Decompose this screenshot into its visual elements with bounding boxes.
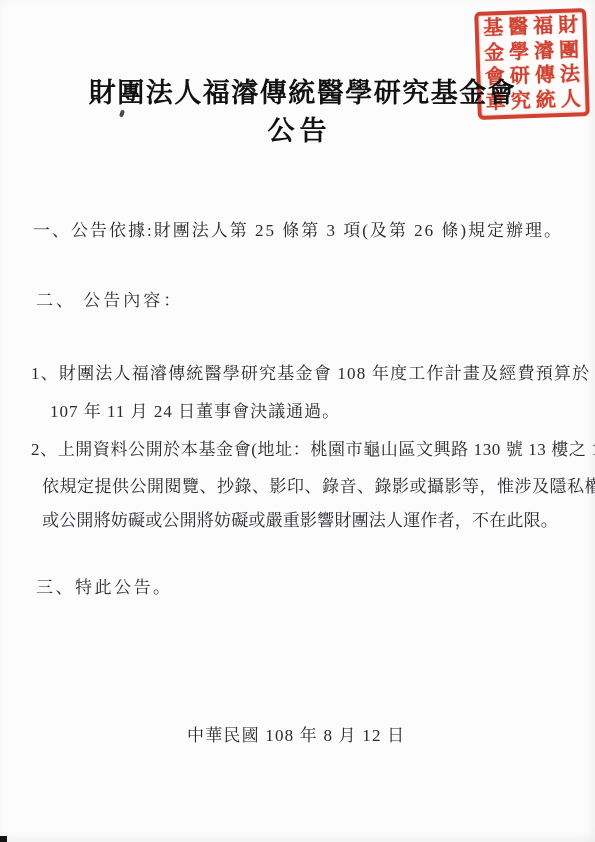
doc-line-content-heading: 二、 公告內容：: [36, 291, 183, 311]
seal-char: 醫: [508, 17, 529, 38]
doc-line-item2-part2: 依規定提供公開閱覽、抄錄、影印、錄音、錄影或攝影等，惟涉及隱私權: [42, 477, 595, 497]
announcement-title: 公告: [0, 109, 595, 148]
doc-line-closing: 三、特此公告。: [36, 578, 173, 598]
seal-char: 基: [483, 18, 504, 39]
seal-char: 金: [484, 43, 505, 64]
seal-char: 福: [533, 16, 554, 37]
seal-char: 濬: [534, 41, 555, 62]
seal-char: 財: [558, 15, 579, 36]
doc-line-item2-part1: 2、上開資料公開於本基金會(地址：桃園市龜山區文興路 130 號 13 樓之 1…: [31, 440, 595, 460]
document-date: 中華民國 108 年 8 月 12 日: [187, 726, 405, 746]
doc-line-item1-part1: 1、財團法人福濬傳統醫學研究基金會 108 年度工作計畫及經費預算於: [31, 364, 590, 384]
foundation-name-title: 財團法人福濬傳統醫學研究基金會: [0, 71, 595, 110]
doc-line-item1-part2: 107 年 11 月 24 日董事會決議通過。: [50, 402, 340, 422]
doc-line-basis: 一、公告依據:財團法人第 25 條第 3 項(及第 26 條)規定辦理。: [33, 221, 563, 241]
seal-char: 團: [559, 40, 580, 61]
doc-line-item2-part3: 或公開將妨礙或公開將妨礙或嚴重影響財團法人運作者，不在此限。: [42, 511, 558, 531]
seal-char: 學: [509, 42, 530, 63]
scan-artifact-corner: [0, 836, 7, 842]
scanned-announcement-page: 財 團 法 人 福 濬 傳 統 醫 學 研 究 基 金 會 章 財團法人福濬傳統…: [0, 0, 595, 842]
